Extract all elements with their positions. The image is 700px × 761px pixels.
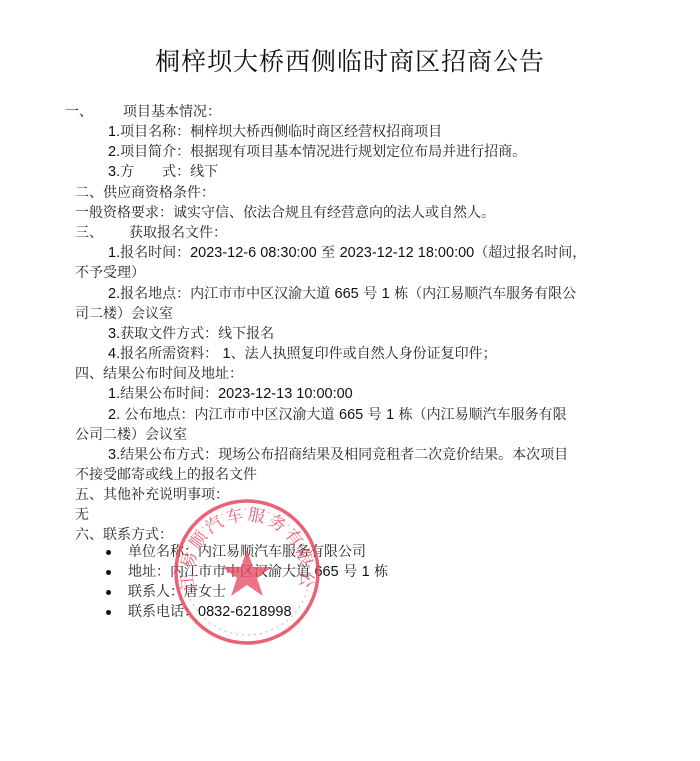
publish-time: 2023-12-13 10:00:00 — [218, 386, 353, 402]
section-2-body: 一般资格要求：诚实守信、依法合规且有经营意向的法人或自然人。 — [75, 203, 495, 223]
item-number: 1. — [108, 124, 120, 140]
item-number: 2. — [108, 407, 120, 423]
section-3-heading: 三、获取报名文件： — [75, 223, 227, 243]
section-1-heading: 一、项目基本情况： — [65, 102, 221, 122]
bullet-icon — [106, 550, 111, 555]
item-label: 报名所需资料： — [120, 346, 218, 362]
street-number: 665 — [335, 286, 359, 302]
section-4-item-1: 1.结果公布时间：2023-12-13 10:00:00 — [108, 384, 353, 404]
text: 号 — [343, 564, 357, 580]
text: 栋 — [374, 564, 388, 580]
bullet-icon — [106, 570, 111, 575]
building-number: 1 — [386, 407, 394, 423]
contact-person: 联系人：唐女士 — [128, 582, 226, 602]
bullet-icon — [106, 590, 111, 595]
section-3-item-2-cont: 司二楼）会议室 — [75, 304, 173, 324]
start-time: 2023-12-6 08:30:00 — [190, 245, 317, 261]
building-number: 1 — [362, 564, 370, 580]
building-number: 1 — [382, 286, 390, 302]
section-1-item-1: 1.项目名称：桐梓坝大桥西侧临时商区经营权招商项目 — [108, 122, 442, 142]
item-number: 2. — [108, 144, 120, 160]
item-number: 3. — [108, 326, 120, 342]
section-1-item-3: 3.方 式：线下 — [108, 162, 218, 182]
phone-number: 0832-6218998 — [198, 604, 292, 620]
item-number: 3. — [108, 447, 120, 463]
item-number: 4. — [108, 346, 120, 362]
note-text: （超过报名时间， — [474, 245, 586, 261]
text: 、法人执照复印件或自然人身份证复印件； — [231, 346, 497, 362]
section-4-heading: 四、结果公布时间及地址： — [75, 364, 243, 384]
street-number: 665 — [314, 564, 338, 580]
section-3-item-4: 4.报名所需资料： 1、法人执照复印件或自然人身份证复印件； — [108, 344, 497, 364]
item-text: 结果公布方式：现场公布招商结果及相同竞租者二次竞价结果。本次项目 — [120, 447, 568, 463]
section-title: 项目基本情况： — [123, 104, 221, 120]
section-5-heading: 五、其他补充说明事项： — [75, 485, 229, 505]
item-label: 结果公布时间： — [120, 386, 218, 402]
item-text: 项目名称：桐梓坝大桥西侧临时商区经营权招商项目 — [120, 124, 442, 140]
sub-number: 1 — [223, 346, 231, 362]
section-5-body: 无 — [75, 505, 89, 525]
end-time: 2023-12-12 18:00:00 — [340, 245, 475, 261]
item-label: 报名时间： — [120, 245, 190, 261]
item-number: 2. — [108, 286, 120, 302]
section-3-item-1: 1.报名时间：2023-12-6 08:30:00 至 2023-12-12 1… — [108, 243, 586, 263]
item-label: 公布地点：内江市市中区汉渝大道 — [125, 407, 335, 423]
item-number: 1. — [108, 386, 120, 402]
to-text: 至 — [321, 245, 335, 261]
phone-label: 联系电话： — [128, 604, 198, 620]
contact-address: 地址：内江市市中区汉渝大道 665 号 1 栋 — [128, 562, 388, 582]
street-number: 665 — [339, 407, 363, 423]
section-3-item-1-cont: 不予受理） — [75, 263, 145, 283]
section-title: 获取报名文件： — [129, 225, 227, 241]
text: 栋（内江易顺汽车服务有限公 — [394, 286, 576, 302]
item-text: 方 式：线下 — [120, 164, 218, 180]
section-4-item-3-cont: 不接受邮寄或线上的报名文件 — [75, 465, 257, 485]
item-text: 项目简介：根据现有项目基本情况进行规划定位布局并进行招商。 — [120, 144, 526, 160]
item-number: 1. — [108, 245, 120, 261]
section-number: 三、 — [75, 225, 103, 241]
bullet-icon — [106, 610, 111, 615]
item-text: 获取文件方式：线下报名 — [120, 326, 274, 342]
item-number: 3. — [108, 164, 120, 180]
text: 号 — [368, 407, 382, 423]
address-label: 地址：内江市市中区汉渝大道 — [128, 564, 310, 580]
text: 号 — [363, 286, 377, 302]
item-label: 报名地点：内江市市中区汉渝大道 — [120, 286, 330, 302]
contact-company: 单位名称：内江易顺汽车服务有限公司 — [128, 542, 366, 562]
section-4-item-3: 3.结果公布方式：现场公布招商结果及相同竞租者二次竞价结果。本次项目 — [108, 445, 568, 465]
document-title: 桐梓坝大桥西侧临时商区招商公告 — [0, 42, 700, 78]
document-page: 桐梓坝大桥西侧临时商区招商公告 一、项目基本情况： 1.项目名称：桐梓坝大桥西侧… — [0, 0, 700, 761]
section-2-heading: 二、供应商资格条件： — [75, 183, 215, 203]
section-3-item-2: 2.报名地点：内江市市中区汉渝大道 665 号 1 栋（内江易顺汽车服务有限公 — [108, 284, 576, 304]
section-number: 一、 — [65, 104, 93, 120]
section-3-item-3: 3.获取文件方式：线下报名 — [108, 324, 274, 344]
contact-phone: 联系电话：0832-6218998 — [128, 602, 292, 622]
section-1-item-2: 2.项目简介：根据现有项目基本情况进行规划定位布局并进行招商。 — [108, 142, 526, 162]
section-4-item-2-cont: 公司二楼）会议室 — [75, 425, 187, 445]
section-4-item-2: 2. 公布地点：内江市市中区汉渝大道 665 号 1 栋（内江易顺汽车服务有限 — [108, 405, 567, 425]
text: 栋（内江易顺汽车服务有限 — [399, 407, 567, 423]
